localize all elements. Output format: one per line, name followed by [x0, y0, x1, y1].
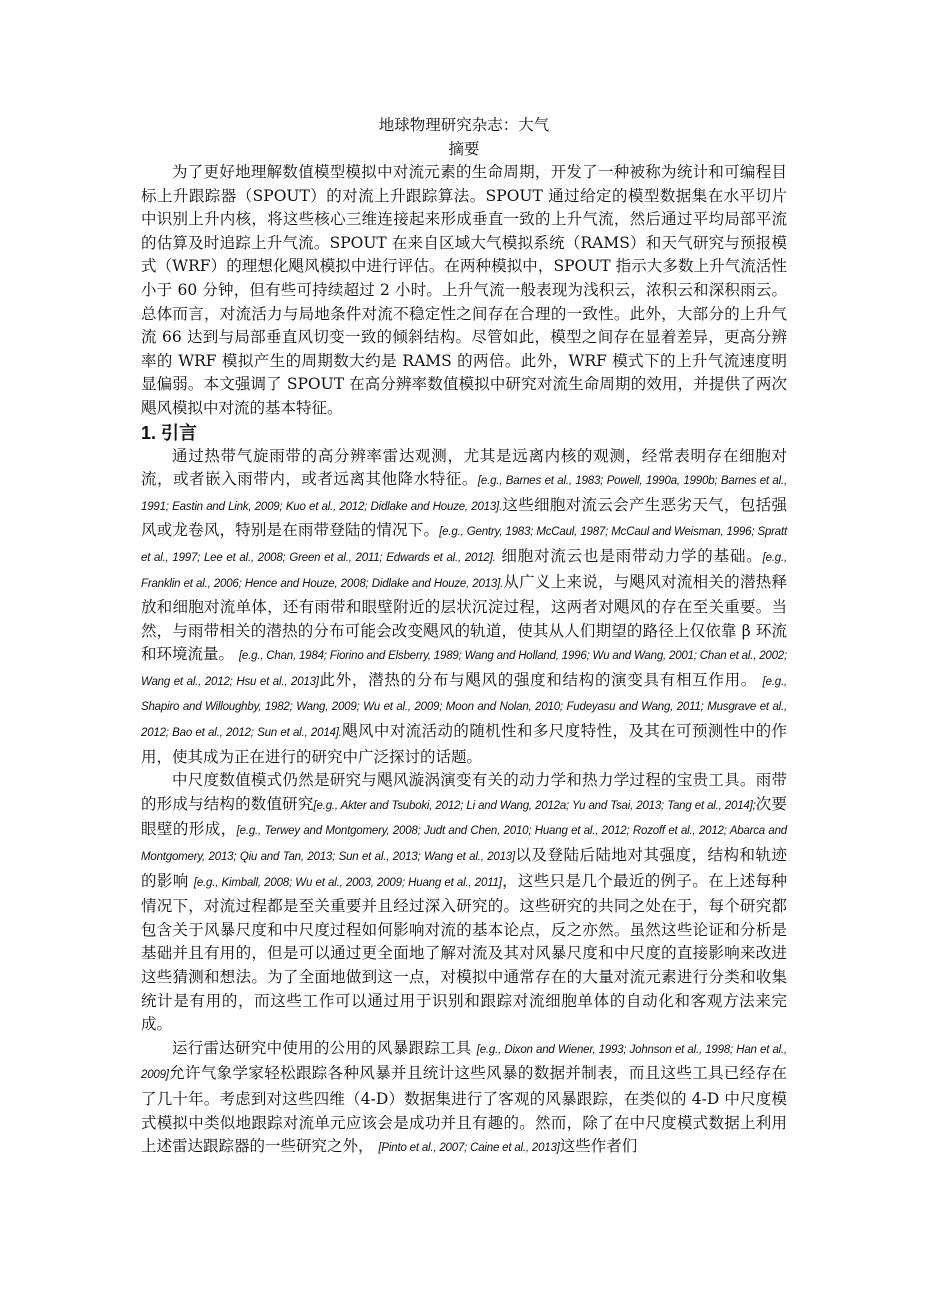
abstract-paragraph: 为了更好地理解数值模型模拟中对流元素的生命周期，开发了一种被称为统计和可编程目标…	[141, 161, 787, 421]
citation: [Pinto et al., 2007; Caine et al., 2013]	[378, 1142, 559, 1154]
body-text: 此外，潜热的分布与飓风的强度和结构的演变具有相互作用。	[319, 671, 763, 689]
citation: [e.g., Akter and Tsuboki, 2012; Li and W…	[314, 800, 756, 812]
introduction-body: 通过热带气旋雨带的高分辨率雷达观测，尤其是远离内核的观测，经常表明存在细胞对流，…	[141, 445, 787, 1161]
introduction-paragraph: 中尺度数值模式仍然是研究与飓风漩涡演变有关的动力学和热力学过程的宝贵工具。雨带的…	[141, 769, 787, 1037]
document-page: 地球物理研究杂志：大气 摘要 为了更好地理解数值模型模拟中对流元素的生命周期，开…	[141, 113, 787, 1161]
journal-title: 地球物理研究杂志：大气	[141, 113, 787, 137]
body-text: 细胞对流云也是雨带动力学的基础。	[496, 547, 763, 565]
body-text: 这些作者们	[560, 1137, 638, 1155]
citation: [e.g., Kimball, 2008; Wu et al., 2003, 2…	[194, 877, 502, 889]
body-text: 运行雷达研究中使用的公用的风暴跟踪工具	[172, 1039, 477, 1057]
body-text: ，这些只是几个最近的例子。在上述每种情况下，对流过程都是至关重要并且经过深入研究…	[141, 872, 787, 1034]
introduction-paragraph: 通过热带气旋雨带的高分辨率雷达观测，尤其是远离内核的观测，经常表明存在细胞对流，…	[141, 445, 787, 770]
abstract-heading: 摘要	[141, 137, 787, 161]
section-heading-introduction: 1. 引言	[141, 421, 787, 445]
introduction-paragraph: 运行雷达研究中使用的公用的风暴跟踪工具 [e.g., Dixon and Wie…	[141, 1037, 787, 1161]
